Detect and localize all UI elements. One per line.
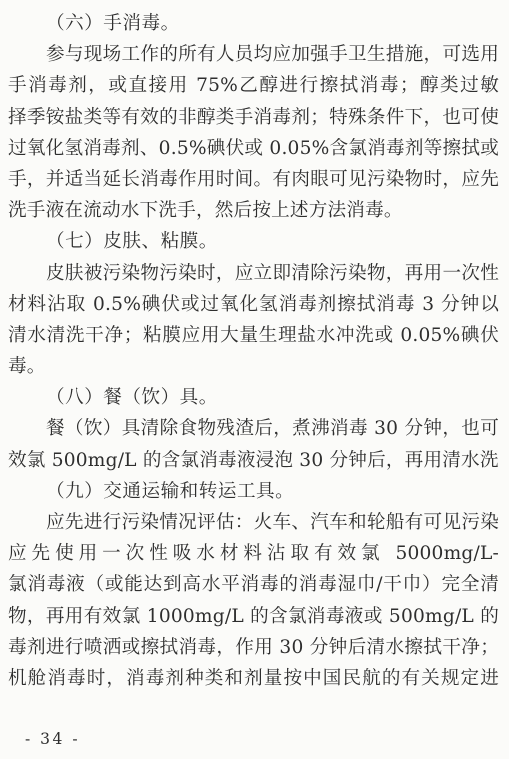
section-heading-8: （八）餐（饮）具。 [8, 382, 499, 413]
page-number: - 34 - [25, 728, 80, 750]
text-line: 手，并适当延长消毒作用时间。有肉眼可见污染物时，应先使用 [8, 164, 499, 195]
document-page: （六）手消毒。 参与现场工作的所有人员均应加强手卫生措施，可选用速干 手消毒剂，… [8, 8, 499, 694]
section-heading-6: （六）手消毒。 [8, 8, 499, 39]
text-line: 材料沾取 0.5%碘伏或过氧化氢消毒剂擦拭消毒 3 分钟以上，使用 [8, 289, 499, 320]
text-line: 手消毒剂，或直接用 75%乙醇进行擦拭消毒；醇类过敏者，可选 [8, 70, 499, 101]
text-line: 物，再用有效氯 1000mg/L 的含氯消毒液或 500mg/L 的二氧化氯消 [8, 601, 499, 632]
text-line: 应先进行污染情况评估：火车、汽车和轮船有可见污染物时， [8, 507, 499, 538]
paragraph-hand-disinfection: 参与现场工作的所有人员均应加强手卫生措施，可选用速干 手消毒剂，或直接用 75%… [8, 39, 499, 226]
text-line: 机舱消毒时，消毒剂种类和剂量按中国民航的有关规定进行。织 [8, 663, 499, 694]
text-line: 效氯 500mg/L 的含氯消毒液浸泡 30 分钟后，再用清水洗净。 [8, 445, 499, 476]
heading-text: （九）交通运输和转运工具。 [8, 476, 499, 507]
text-line: 应先使用一次性吸水材料沾取有效氯 5000mg/L-10000mg/L 的含 [8, 538, 499, 569]
section-heading-9: （九）交通运输和转运工具。 [8, 476, 499, 507]
text-line: 过氧化氢消毒剂、0.5%碘伏或 0.05%含氯消毒剂等擦拭或浸泡双 [8, 133, 499, 164]
text-line: 毒剂进行喷洒或擦拭消毒，作用 30 分钟后清水擦拭干净；对飞机 [8, 632, 499, 663]
text-line: 皮肤被污染物污染时，应立即清除污染物，再用一次性吸水 [8, 258, 499, 289]
heading-text: （八）餐（饮）具。 [8, 382, 499, 413]
text-line: 氯消毒液（或能达到高水平消毒的消毒湿巾/干巾）完全清除污染 [8, 569, 499, 600]
section-heading-7: （七）皮肤、粘膜。 [8, 226, 499, 257]
text-line: 择季铵盐类等有效的非醇类手消毒剂；特殊条件下，也可使用 3% [8, 102, 499, 133]
paragraph-skin-mucosa: 皮肤被污染物污染时，应立即清除污染物，再用一次性吸水 材料沾取 0.5%碘伏或过… [8, 258, 499, 383]
heading-text: （七）皮肤、粘膜。 [8, 226, 499, 257]
paragraph-tableware: 餐（饮）具清除食物残渣后，煮沸消毒 30 分钟，也可用有 效氯 500mg/L … [8, 413, 499, 475]
text-line: 清水清洗干净；粘膜应用大量生理盐水冲洗或 0.05%碘伏冲洗消 [8, 320, 499, 351]
heading-text: （六）手消毒。 [8, 8, 499, 39]
text-line: 毒。 [8, 351, 499, 382]
text-line: 参与现场工作的所有人员均应加强手卫生措施，可选用速干 [8, 39, 499, 70]
text-line: 洗手液在流动水下洗手，然后按上述方法消毒。 [8, 195, 499, 226]
paragraph-transport-vehicles: 应先进行污染情况评估：火车、汽车和轮船有可见污染物时， 应先使用一次性吸水材料沾… [8, 507, 499, 694]
text-line: 餐（饮）具清除食物残渣后，煮沸消毒 30 分钟，也可用有 [8, 413, 499, 444]
